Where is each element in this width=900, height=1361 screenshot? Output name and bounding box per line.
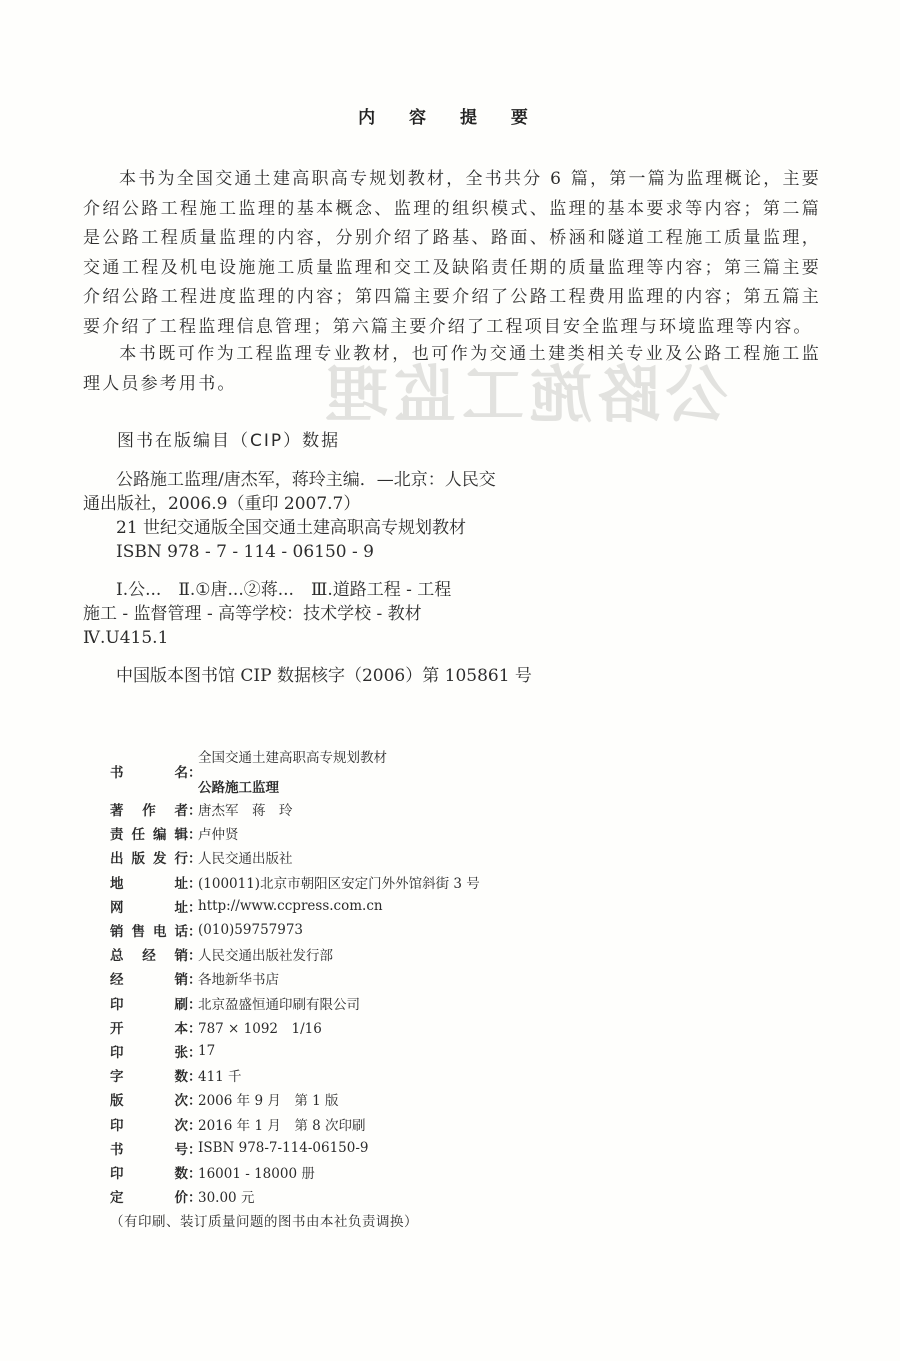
label-char: 责 bbox=[110, 823, 124, 843]
summary-paragraph-1-text: 本书为全国交通土建高职高专规划教材，全书共分 6 篇，第一篇为监理概论，主要介绍… bbox=[83, 169, 821, 337]
label-char: 印 bbox=[110, 1114, 124, 1134]
colophon-value: 787 × 1092 1/16 bbox=[198, 1017, 322, 1037]
colophon-label: 字数 bbox=[110, 1065, 188, 1085]
colophon-value: 17 bbox=[198, 1043, 215, 1059]
colon: ： bbox=[188, 968, 198, 988]
colophon-label: 开本 bbox=[110, 1017, 188, 1037]
cip-heading: 图书在版编目（CIP）数据 bbox=[117, 426, 340, 451]
summary-paragraph-1: 本书为全国交通土建高职高专规划教材，全书共分 6 篇，第一篇为监理概论，主要介绍… bbox=[83, 165, 821, 342]
label-char: 数 bbox=[175, 1162, 189, 1182]
colophon-value: 各地新华书店 bbox=[198, 968, 279, 988]
cip-record: 中国版本图书馆 CIP 数据核字（2006）第 105861 号 bbox=[83, 664, 603, 688]
colophon-row: 开本：787 × 1092 1/16 bbox=[110, 1015, 610, 1039]
colophon-row-title: 书 名 ： 全国交通土建高职高专规划教材 公路施工监理 bbox=[110, 745, 610, 797]
colophon-row: 印数：16001 - 18000 册 bbox=[110, 1160, 610, 1184]
label-char: 电 bbox=[153, 920, 167, 940]
colophon-value: 30.00 元 bbox=[198, 1186, 254, 1206]
colophon-row: 印张：17 bbox=[110, 1039, 610, 1063]
colophon-row: 定价：30.00 元 bbox=[110, 1184, 610, 1208]
label-char: 经 bbox=[110, 968, 124, 988]
label-char: 本 bbox=[175, 1017, 189, 1037]
colon: ： bbox=[188, 847, 198, 867]
colophon-value: 全国交通土建高职高专规划教材 公路施工监理 bbox=[198, 746, 387, 796]
colophon-row: 字数：411 千 bbox=[110, 1063, 610, 1087]
label-char: 价 bbox=[175, 1186, 189, 1206]
colon: ： bbox=[188, 1017, 198, 1037]
colon: ： bbox=[188, 872, 198, 892]
label-char: 网 bbox=[110, 896, 124, 916]
colophon-label: 印次 bbox=[110, 1114, 188, 1134]
label-char: 著 bbox=[110, 799, 124, 819]
cip-record-line: 中国版本图书馆 CIP 数据核字（2006）第 105861 号 bbox=[83, 664, 603, 688]
label-char: 名 bbox=[175, 761, 189, 781]
cip-class-line: Ⅳ.U415.1 bbox=[83, 626, 603, 650]
colophon-label: 著作者 bbox=[110, 799, 188, 819]
colophon-value: 2016 年 1 月 第 8 次印刷 bbox=[198, 1114, 366, 1134]
label-char: 书 bbox=[110, 1138, 124, 1158]
cip-entry-line: 通出版社，2006.9（重印 2007.7） bbox=[83, 492, 603, 516]
label-char: 作 bbox=[142, 799, 156, 819]
label-char: 任 bbox=[132, 823, 146, 843]
colophon-value: 2006 年 9 月 第 1 版 bbox=[198, 1089, 339, 1109]
cip-classification: Ⅰ.公... Ⅱ.①唐...②蒋... Ⅲ.道路工程 - 工程 施工 - 监督管… bbox=[83, 578, 603, 650]
label-char: 号 bbox=[175, 1138, 189, 1158]
colon: ： bbox=[188, 1114, 198, 1134]
colon: ： bbox=[188, 1186, 198, 1206]
colophon-value: 人民交通出版社发行部 bbox=[198, 944, 333, 964]
colophon-label: 版次 bbox=[110, 1089, 188, 1109]
colon: ： bbox=[188, 823, 198, 843]
summary-paragraph-2-text: 本书既可作为工程监理专业教材，也可作为交通土建类相关专业及公路工程施工监理人员参… bbox=[83, 344, 821, 394]
colophon-label: 经销 bbox=[110, 968, 188, 988]
colophon-value: 411 千 bbox=[198, 1065, 242, 1085]
colophon-label: 书 名 bbox=[110, 761, 188, 781]
label-char: 销 bbox=[175, 944, 189, 964]
label-char: 总 bbox=[110, 944, 124, 964]
colon: ： bbox=[188, 799, 198, 819]
summary-title: 内 容 提 要 bbox=[0, 103, 900, 128]
colophon-label: 网址 bbox=[110, 896, 188, 916]
colophon-row: 印次：2016 年 1 月 第 8 次印刷 bbox=[110, 1111, 610, 1135]
colon: ： bbox=[188, 1041, 198, 1061]
book-title: 公路施工监理 bbox=[198, 776, 387, 796]
colon: ： bbox=[188, 896, 198, 916]
label-char: 行 bbox=[175, 847, 189, 867]
colophon-label: 出版发行 bbox=[110, 847, 188, 867]
label-char: 次 bbox=[175, 1114, 189, 1134]
label-char: 销 bbox=[110, 920, 124, 940]
colophon-row: 地址：(100011)北京市朝阳区安定门外外馆斜街 3 号 bbox=[110, 870, 610, 894]
colon: ： bbox=[188, 761, 198, 781]
label-char: 书 bbox=[110, 761, 124, 781]
label-char: 销 bbox=[175, 968, 189, 988]
colophon-row: 网址：http://www.ccpress.com.cn bbox=[110, 894, 610, 918]
colophon-label: 总经销 bbox=[110, 944, 188, 964]
label-char: 发 bbox=[153, 847, 167, 867]
colon: ： bbox=[188, 944, 198, 964]
cip-entry-line: 公路施工监理/唐杰军，蒋玲主编．—北京：人民交 bbox=[83, 468, 603, 492]
colophon-row: 责任编辑：卢仲贤 bbox=[110, 821, 610, 845]
colophon-label: 责任编辑 bbox=[110, 823, 188, 843]
colophon-label: 印张 bbox=[110, 1041, 188, 1061]
label-char: 版 bbox=[110, 1089, 124, 1109]
cip-entry-line: ISBN 978 - 7 - 114 - 06150 - 9 bbox=[83, 540, 603, 564]
colophon-value: 唐杰军 蒋 玲 bbox=[198, 799, 293, 819]
label-char: 者 bbox=[175, 799, 189, 819]
colophon-label: 销售电话 bbox=[110, 920, 188, 940]
cip-class-line: Ⅰ.公... Ⅱ.①唐...②蒋... Ⅲ.道路工程 - 工程 bbox=[83, 578, 603, 602]
label-char: 话 bbox=[175, 920, 189, 940]
label-char: 印 bbox=[110, 993, 124, 1013]
colophon-row: 印刷：北京盈盛恒通印刷有限公司 bbox=[110, 991, 610, 1015]
label-char: 址 bbox=[175, 872, 189, 892]
cip-class-line: 施工 - 监督管理 - 高等学校：技术学校 - 教材 bbox=[83, 602, 603, 626]
colon: ： bbox=[188, 1065, 198, 1085]
summary-paragraph-2: 本书既可作为工程监理专业教材，也可作为交通土建类相关专业及公路工程施工监理人员参… bbox=[83, 340, 821, 399]
colophon-value: ISBN 978-7-114-06150-9 bbox=[198, 1140, 369, 1156]
colophon-value: (100011)北京市朝阳区安定门外外馆斜街 3 号 bbox=[198, 872, 480, 892]
series-name: 全国交通土建高职高专规划教材 bbox=[198, 746, 387, 766]
colon: ： bbox=[188, 1162, 198, 1182]
colophon-row: 版次：2006 年 9 月 第 1 版 bbox=[110, 1087, 610, 1111]
colon: ： bbox=[188, 1138, 198, 1158]
label-char: 字 bbox=[110, 1065, 124, 1085]
label-char: 定 bbox=[110, 1186, 124, 1206]
quality-note: （有印刷、装订质量问题的图书由本社负责调换） bbox=[110, 1210, 610, 1230]
colon: ： bbox=[188, 920, 198, 940]
label-char: 辑 bbox=[175, 823, 189, 843]
colon: ： bbox=[188, 993, 198, 1013]
label-char: 张 bbox=[175, 1041, 189, 1061]
colophon-row: 经销：各地新华书店 bbox=[110, 966, 610, 990]
label-char: 售 bbox=[132, 920, 146, 940]
colon: ： bbox=[188, 1089, 198, 1109]
colophon-value: 卢仲贤 bbox=[198, 823, 239, 843]
label-char: 次 bbox=[175, 1089, 189, 1109]
colophon: 书 名 ： 全国交通土建高职高专规划教材 公路施工监理 著作者：唐杰军 蒋 玲责… bbox=[110, 745, 610, 1230]
label-char: 地 bbox=[110, 872, 124, 892]
label-char: 编 bbox=[153, 823, 167, 843]
label-char: 数 bbox=[175, 1065, 189, 1085]
label-char: 经 bbox=[142, 944, 156, 964]
colophon-label: 印刷 bbox=[110, 993, 188, 1013]
cip-entry-line: 21 世纪交通版全国交通土建高职高专规划教材 bbox=[83, 516, 603, 540]
label-char: 版 bbox=[132, 847, 146, 867]
label-char: 址 bbox=[175, 896, 189, 916]
colophon-value: (010)59757973 bbox=[198, 922, 303, 938]
colophon-value: 北京盈盛恒通印刷有限公司 bbox=[198, 993, 360, 1013]
label-char: 印 bbox=[110, 1162, 124, 1182]
colophon-label: 书号 bbox=[110, 1138, 188, 1158]
colophon-row: 书号：ISBN 978-7-114-06150-9 bbox=[110, 1136, 610, 1160]
colophon-label: 印数 bbox=[110, 1162, 188, 1182]
cip-entry: 公路施工监理/唐杰军，蒋玲主编．—北京：人民交 通出版社，2006.9（重印 2… bbox=[83, 468, 603, 564]
label-char: 开 bbox=[110, 1017, 124, 1037]
colophon-value: 人民交通出版社 bbox=[198, 847, 293, 867]
colophon-row: 著作者：唐杰军 蒋 玲 bbox=[110, 797, 610, 821]
colophon-row: 销售电话：(010)59757973 bbox=[110, 918, 610, 942]
label-char: 印 bbox=[110, 1041, 124, 1061]
label-char: 出 bbox=[110, 847, 124, 867]
colophon-label: 地址 bbox=[110, 872, 188, 892]
label-char: 刷 bbox=[175, 993, 189, 1013]
colophon-label: 定价 bbox=[110, 1186, 188, 1206]
colophon-value: http://www.ccpress.com.cn bbox=[198, 898, 383, 914]
colophon-row: 出版发行：人民交通出版社 bbox=[110, 845, 610, 869]
colophon-value: 16001 - 18000 册 bbox=[198, 1162, 315, 1182]
colophon-row: 总经销：人民交通出版社发行部 bbox=[110, 942, 610, 966]
